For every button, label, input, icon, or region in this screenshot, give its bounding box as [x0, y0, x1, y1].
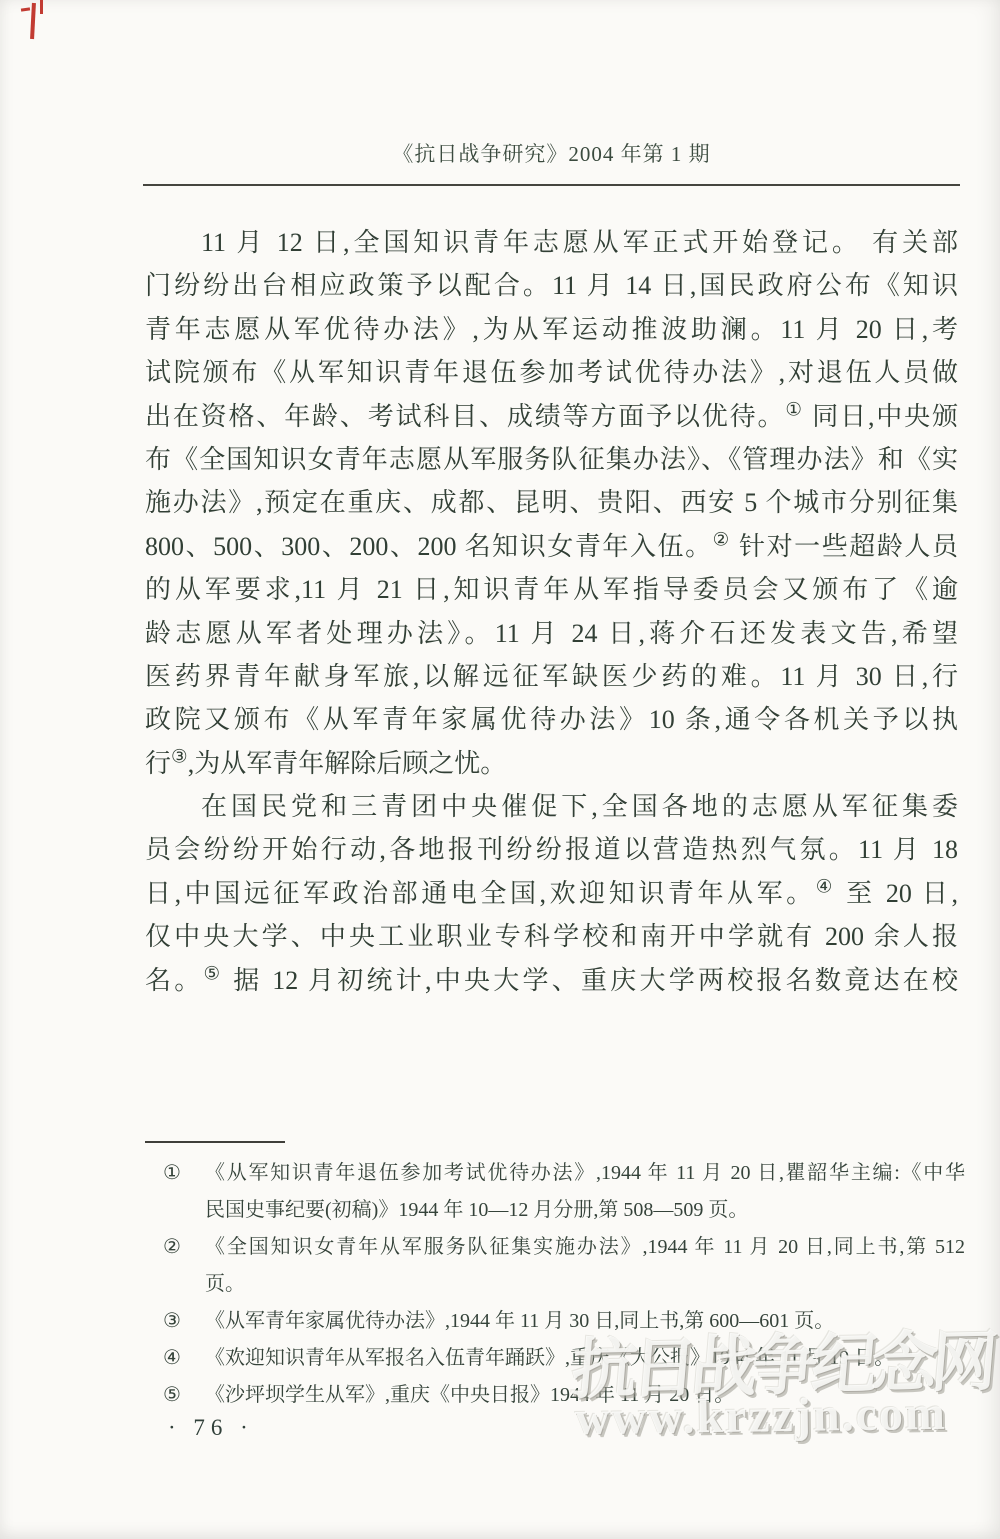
footnote-text: 《从军知识青年退伍参加考试优待办法》,1944 年 11 月 20 日,瞿韶华主… — [205, 1155, 965, 1192]
body-text-line: 的从军要求,11 月 21 日,知识青年从军指导委员会又颁布了《逾 — [145, 568, 958, 611]
footnote-marker: ④ — [163, 1340, 205, 1377]
body-text-line: 日,中国远征军政治部通电全国,欢迎知识青年从军。④ 至 20 日, — [145, 872, 958, 915]
footnote-marker: ② — [163, 1229, 205, 1266]
body-text-line: 医药界青年献身军旅,以解远征军缺医少药的难。11 月 30 日,行 — [145, 655, 958, 698]
footnote-marker: ① — [163, 1155, 205, 1192]
body-text-line: 布《全国知识女青年志愿从军服务队征集办法》、《管理办法》和《实 — [145, 438, 958, 481]
scanned-journal-page: 《抗日战争研究》2004 年第 1 期 11 月 12 日,全国知识青年志愿从军… — [0, 0, 1000, 1539]
body-text-line: 名。⑤ 据 12 月初统计,中央大学、重庆大学两校报名数竟达在校 — [145, 959, 958, 1002]
footnote-text: 民国史事纪要(初稿)》1944 年 10—12 月分册,第 508—509 页。 — [205, 1192, 965, 1229]
journal-header: 《抗日战争研究》2004 年第 1 期 — [145, 138, 958, 168]
footnote-row: 民国史事纪要(初稿)》1944 年 10—12 月分册,第 508—509 页。 — [163, 1192, 965, 1229]
scan-artifact-red-mark — [40, 0, 43, 14]
footnote-text: 《从军青年家属优待办法》,1944 年 11 月 30 日,同上书,第 600—… — [205, 1303, 965, 1340]
footnote-list: ① 《从军知识青年退伍参加考试优待办法》,1944 年 11 月 20 日,瞿韶… — [163, 1155, 965, 1414]
body-text-line: 11 月 12 日,全国知识青年志愿从军正式开始登记。 有关部 — [145, 221, 958, 264]
footnote-row: ⑤ 《沙坪坝学生从军》,重庆《中央日报》1944 年 11 月 20 日。 — [163, 1377, 965, 1414]
footnote-marker: ⑤ — [163, 1377, 205, 1414]
footnote-text: 《沙坪坝学生从军》,重庆《中央日报》1944 年 11 月 20 日。 — [205, 1377, 965, 1414]
body-text-line: 800、500、300、200、200 名知识女青年入伍。② 针对一些超龄人员 — [145, 525, 958, 568]
body-text-line: 政院又颁布《从军青年家属优待办法》10 条,通令各机关予以执 — [145, 698, 958, 741]
footnote-marker: ③ — [163, 1303, 205, 1340]
footnote-row: ③ 《从军青年家属优待办法》,1944 年 11 月 30 日,同上书,第 60… — [163, 1303, 965, 1340]
body-text-line: 试院颁布《从军知识青年退伍参加考试优待办法》,对退伍人员做 — [145, 351, 958, 394]
body-text-line: 行③,为从军青年解除后顾之忧。 — [145, 742, 958, 785]
body-text-line: 员会纷纷开始行动,各地报刊纷纷报道以营造热烈气氛。11 月 18 — [145, 828, 958, 871]
body-text-line: 在国民党和三青团中央催促下,全国各地的志愿从军征集委 — [145, 785, 958, 828]
footnote-divider — [145, 1141, 285, 1143]
scan-artifact-red-mark — [30, 3, 36, 39]
footnote-row: ② 《全国知识女青年从军服务队征集实施办法》,1944 年 11 月 20 日,… — [163, 1229, 965, 1266]
scan-artifact-red-mark — [21, 7, 30, 11]
body-text-line: 施办法》,预定在重庆、成都、昆明、贵阳、西安 5 个城市分别征集 — [145, 481, 958, 524]
body-text-line: 门纷纷出台相应政策予以配合。11 月 14 日,国民政府公布《知识 — [145, 264, 958, 307]
header-divider — [143, 184, 960, 186]
body-text-line: 出在资格、年龄、考试科目、成绩等方面予以优待。① 同日,中央颁 — [145, 395, 958, 438]
footnote-marker — [163, 1266, 205, 1303]
footnote-row: ④ 《欢迎知识青年从军报名入伍青年踊跃》,重庆《大公报》1944 年 11 月 … — [163, 1340, 965, 1377]
body-text-line: 青年志愿从军优待办法》,为从军运动推波助澜。11 月 20 日,考 — [145, 308, 958, 351]
footnote-row: 页。 — [163, 1266, 965, 1303]
body-text-line: 仅中央大学、中央工业职业专科学校和南开中学就有 200 余人报 — [145, 915, 958, 958]
page-number: · 76 · — [168, 1415, 254, 1441]
article-body: 11 月 12 日,全国知识青年志愿从军正式开始登记。 有关部 门纷纷出台相应政… — [145, 221, 958, 1002]
body-text-line: 龄志愿从军者处理办法》。11 月 24 日,蒋介石还发表文告,希望 — [145, 612, 958, 655]
footnote-text: 《全国知识女青年从军服务队征集实施办法》,1944 年 11 月 20 日,同上… — [205, 1229, 965, 1266]
footnote-row: ① 《从军知识青年退伍参加考试优待办法》,1944 年 11 月 20 日,瞿韶… — [163, 1155, 965, 1192]
footnote-text: 页。 — [205, 1266, 965, 1303]
footnote-marker — [163, 1192, 205, 1229]
footnote-text: 《欢迎知识青年从军报名入伍青年踊跃》,重庆《大公报》1944 年 11 月 19… — [205, 1340, 965, 1377]
